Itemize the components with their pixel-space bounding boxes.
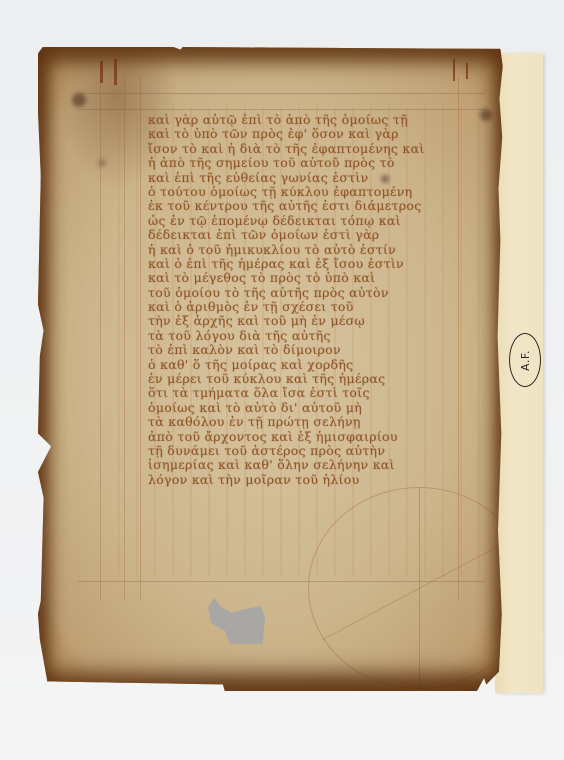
stain — [98, 159, 106, 167]
margin-mark — [453, 59, 455, 81]
text-line: ἐν μέρει τοῦ κύκλου καὶ τῆς ἡμέρας — [148, 372, 498, 386]
ruling-line — [124, 77, 125, 601]
text-line: τὸ ἐπὶ καλὸν καὶ τὸ δίμοιρον — [148, 343, 498, 357]
faint-circle-diagram — [308, 487, 530, 689]
margin-mark — [114, 59, 117, 85]
paper-mounting-strip: A.F. — [495, 53, 543, 693]
text-line: καὶ ὁ ἐπὶ τῆς ἡμέρας καὶ ἐξ ἴσου ἐστὶν — [148, 257, 498, 271]
text-line: τὰ τοῦ λόγου διὰ τῆς αὐτῆς — [148, 329, 498, 343]
text-line: τῇ δυνάμει τοῦ ἀστέρος πρὸς αὐτὴν — [148, 444, 498, 458]
text-line: καὶ ἐπὶ τῆς εὐθείας γωνίας ἐστὶν — [148, 171, 498, 185]
text-line: τὴν ἐξ ἀρχῆς καὶ τοῦ μὴ ἐν μέσῳ — [148, 314, 498, 328]
text-line: καὶ τὸ μέγεθος τὸ πρὸς τὸ ὑπὸ καὶ — [148, 271, 498, 285]
stamp-text: A.F. — [518, 350, 531, 371]
text-line: ὁμοίως καὶ τὸ αὐτὸ δι' αὐτοῦ μὴ — [148, 401, 498, 415]
text-line: ἡ ἀπὸ τῆς σημείου τοῦ αὐτοῦ πρὸς τὸ — [148, 156, 498, 170]
text-line: ὅτι τὰ τμήματα ὅλα ἴσα ἐστὶ τοῖς — [148, 386, 498, 400]
text-line: ὁ τούτου ὁμοίως τῇ κύκλου ἐφαπτομένη — [148, 185, 498, 199]
text-line: τοῦ ὁμοίου τὸ τῆς αὐτῆς πρὸς αὐτὸν — [148, 286, 498, 300]
text-line: ὁ καθ' ὅ τῆς μοίρας καὶ χορδῆς — [148, 358, 498, 372]
collection-stamp: A.F. — [509, 333, 541, 387]
text-line: ἡ καὶ ὁ τοῦ ἡμικυκλίου τὸ αὐτὸ ἐστίν — [148, 243, 498, 257]
text-line: καὶ ὁ ἀριθμὸς ἐν τῇ σχέσει τοῦ — [148, 300, 498, 314]
margin-mark — [100, 61, 103, 83]
margin-mark — [466, 63, 468, 79]
ruling-line — [140, 77, 141, 601]
text-line: ἰσημερίας καὶ καθ' ὅλην σελήνην καὶ — [148, 458, 498, 472]
text-line: λόγον καὶ τὴν μοῖραν τοῦ ἡλίου — [148, 473, 498, 487]
text-line: καὶ τὸ ὑπὸ τῶν πρὸς ἐφ' ὅσον καὶ γὰρ — [148, 127, 498, 141]
manuscript-text: καὶ γὰρ αὐτῷ ἐπὶ τὸ ἀπὸ τῆς ὁμοίως τῇ κα… — [148, 113, 498, 487]
ruling-line — [100, 77, 101, 601]
text-line: τὰ καθόλου ἐν τῇ πρώτῃ σελήνῃ — [148, 415, 498, 429]
parchment-leaf: καὶ γὰρ αὐτῷ ἐπὶ τὸ ἀπὸ τῆς ὁμοίως τῇ κα… — [38, 47, 505, 691]
text-line: ἀπὸ τοῦ ἄρχοντος καὶ ἐξ ἡμισφαιρίου — [148, 430, 498, 444]
text-line: ἐκ τοῦ κέντρου τῆς αὐτῆς ἐστι διάμετρος — [148, 199, 498, 213]
text-line: ὡς ἐν τῷ ἑπομένῳ δέδεικται τόπῳ καὶ — [148, 214, 498, 228]
text-line: ἴσον τὸ καὶ ἡ διὰ τὸ τῆς ἐφαπτομένης καὶ — [148, 142, 498, 156]
stain — [72, 93, 86, 107]
text-line: καὶ γὰρ αὐτῷ ἐπὶ τὸ ἀπὸ τῆς ὁμοίως τῇ — [148, 113, 498, 127]
text-line: δέδεικται ἐπὶ τῶν ὁμοίων ἐστὶ γὰρ — [148, 228, 498, 242]
